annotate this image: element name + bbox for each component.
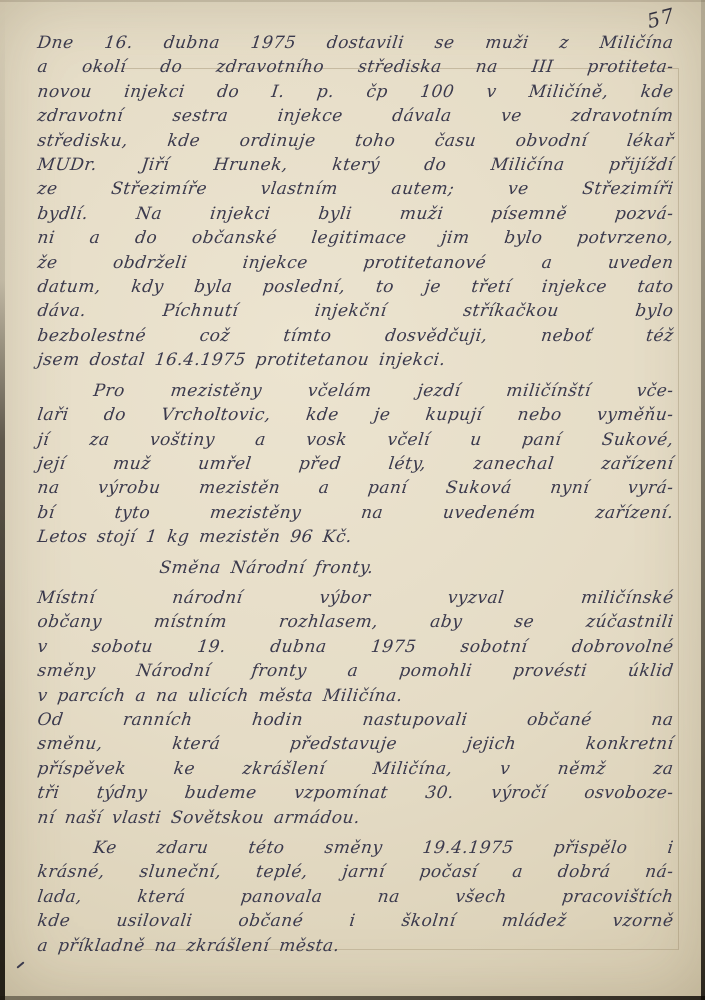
page-number: 57 bbox=[644, 3, 677, 33]
paragraph: Od ranních hodin nastupovali občané nasm… bbox=[36, 708, 672, 830]
text-line: dáva. Píchnutí injekční stříkačkou bylo bbox=[36, 299, 675, 323]
text-line: Od ranních hodin nastupovali občané na bbox=[36, 708, 675, 732]
text-line: bí tyto mezistěny na uvedeném zařízení. bbox=[36, 501, 675, 525]
heading-text: Směna Národní fronty. bbox=[158, 556, 675, 580]
text-line: Místní národní výbor vyzval miličínské bbox=[36, 586, 675, 610]
photo-edge-top bbox=[0, 0, 705, 2]
chronicle-page-photo: 57 Dne 16. dubna 1975 dostavili se muži … bbox=[0, 0, 705, 1000]
section-heading: Směna Národní fronty. bbox=[158, 556, 672, 580]
text-line: v sobotu 19. dubna 1975 sobotní dobrovol… bbox=[36, 635, 675, 659]
text-line: jsem dostal 16.4.1975 protitetanou injek… bbox=[36, 348, 675, 372]
text-line: kde usilovali občané i školní mládež vzo… bbox=[36, 909, 675, 933]
text-line: a okolí do zdravotního střediska na III … bbox=[36, 55, 675, 79]
handwritten-text: Dne 16. dubna 1975 dostavili se muži z M… bbox=[36, 31, 672, 958]
text-line: Ke zdaru této směny 19.4.1975 přispělo i bbox=[36, 836, 675, 860]
text-line: v parcích a na ulicích města Miličína. bbox=[36, 684, 675, 708]
text-line: ní naší vlasti Sovětskou armádou. bbox=[36, 806, 675, 830]
paragraph: Ke zdaru této směny 19.4.1975 přispělo i… bbox=[36, 836, 672, 958]
text-line: krásné, sluneční, teplé, jarní počasí a … bbox=[36, 860, 675, 884]
text-line: občany místním rozhlasem, aby se zúčastn… bbox=[36, 610, 675, 634]
text-line: směnu, která představuje jejich konkretn… bbox=[36, 732, 675, 756]
paragraph: Dne 16. dubna 1975 dostavili se muži z M… bbox=[36, 31, 672, 373]
text-line: bezbolestné což tímto dosvědčuji, neboť … bbox=[36, 324, 675, 348]
photo-edge-left bbox=[0, 0, 5, 1000]
photo-edge-bottom bbox=[0, 996, 705, 1000]
text-line: že obdrželi injekce protitetanové a uved… bbox=[36, 251, 675, 275]
text-line: a příkladně na zkrášlení města. bbox=[36, 934, 675, 958]
text-line: Dne 16. dubna 1975 dostavili se muži z M… bbox=[36, 31, 675, 55]
stray-ink-mark bbox=[16, 961, 24, 968]
text-line: jí za voštiny a vosk včelí u paní Sukové… bbox=[36, 428, 675, 452]
text-line: středisku, kde ordinuje toho času obvodn… bbox=[36, 129, 675, 153]
paragraph: Pro mezistěny včelám jezdí miličínští vč… bbox=[36, 379, 672, 550]
photo-edge-right bbox=[701, 0, 705, 1000]
text-line: směny Národní fronty a pomohli provésti … bbox=[36, 659, 675, 683]
text-line: ni a do občanské legitimace jim bylo pot… bbox=[36, 226, 675, 250]
paragraph: Místní národní výbor vyzval miličínskéob… bbox=[36, 586, 672, 708]
text-line: datum, kdy byla poslední, to je třetí in… bbox=[36, 275, 675, 299]
text-line: příspěvek ke zkrášlení Miličína, v němž … bbox=[36, 757, 675, 781]
text-line: novou injekci do I. p. čp 100 v Miličíně… bbox=[36, 80, 675, 104]
text-line: Pro mezistěny včelám jezdí miličínští vč… bbox=[36, 379, 675, 403]
text-line: laři do Vrcholtovic, kde je kupují nebo … bbox=[36, 403, 675, 427]
text-line: na výrobu mezistěn a paní Suková nyní vy… bbox=[36, 476, 675, 500]
text-line: tři týdny budeme vzpomínat 30. výročí os… bbox=[36, 781, 675, 805]
text-line: bydlí. Na injekci byli muži písemně pozv… bbox=[36, 202, 675, 226]
text-line: ze Střezimíře vlastním autem; ve Střezim… bbox=[36, 177, 675, 201]
text-line: zdravotní sestra injekce dávala ve zdrav… bbox=[36, 104, 675, 128]
text-line: MUDr. Jiří Hrunek, který do Miličína při… bbox=[36, 153, 675, 177]
text-line: její muž umřel před léty, zanechal zaříz… bbox=[36, 452, 675, 476]
text-line: Letos stojí 1 kg mezistěn 96 Kč. bbox=[36, 525, 675, 549]
text-line: lada, která panovala na všech pracoviští… bbox=[36, 885, 675, 909]
